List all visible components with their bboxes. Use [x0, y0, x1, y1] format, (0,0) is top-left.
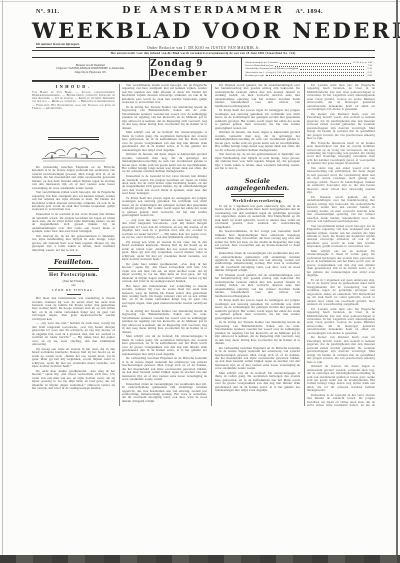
column-4: Uit Londen seint men ons: De Engelsche r… — [307, 84, 375, 406]
vignette-illustration — [39, 142, 109, 164]
inhoud-heading: INHOUD. — [32, 84, 115, 89]
feuilleton-text: Het moet den buitenstander wel zonderlin… — [32, 297, 115, 393]
paragraph: Omtrent de feesten, die dezer dagen te A… — [307, 365, 375, 393]
paragraph: De verhouding tusschen Engeland en de Br… — [215, 347, 300, 371]
article-text: Er zal in 't algemeen wel geen onderwerp… — [215, 205, 300, 401]
feuilleton-subtitle: (Naar het Fransch) — [32, 279, 115, 283]
paragraph: Het moet den buitenstander wel zonderlin… — [122, 285, 207, 309]
price-row: Reclames per regel„ 0.60 — [245, 74, 372, 77]
copyright-line: Het auteursrecht voor den inhoud van dit… — [32, 51, 375, 55]
paper-name-small: DE AMSTERDAMMER — [32, 5, 375, 16]
ornamental-rule — [231, 194, 284, 197]
scan-edge-left — [2, 0, 3, 563]
subscription-prices: Abonnementsprijs per 3 maandenf 1.50, fr… — [242, 58, 375, 80]
paragraph: De Keizer van Rusland heeft, naar uit Pe… — [307, 336, 375, 364]
publisher-cell: Bureaux van dit Weekblad: Uitgevers: VAN… — [32, 58, 150, 80]
issue-number: Nº. 911. — [36, 9, 59, 15]
feuilleton-title: Het Postscriptum. — [32, 273, 115, 278]
paragraph: Intusschen is de toestand in het verre O… — [122, 175, 207, 196]
paragraph: In de zitting der Tweede Kamer van Donde… — [215, 321, 300, 345]
paragraph: Intusschen is de toestand in het verre O… — [307, 394, 375, 406]
paragraph: Uit Weenen wordt gemeld, dat de onderhan… — [215, 84, 300, 108]
paragraph: Uit Londen seint men ons: De Engelsche r… — [307, 308, 375, 336]
issue-date: Zondag 9 December — [150, 58, 242, 80]
feuilleton-van: van — [32, 283, 115, 287]
paragraph: De oude heer knikte goedkeurend. „Zoo ma… — [122, 263, 207, 284]
supplement-note: Dit nummer bevat een bijvoegsel. — [36, 42, 80, 48]
paragraph: Er zal in 't algemeen wel geen onderwerp… — [215, 205, 300, 229]
section-dash — [67, 294, 81, 295]
paragraph: Men schrijft ons uit de hofstad: De wint… — [122, 131, 207, 152]
section-heading-script: Sociale aangelegenheden. — [215, 178, 300, 192]
paragraph: Men schrijft ons uit de hofstad: De wint… — [307, 250, 375, 278]
column-2: Van verschillende zijden wordt betoogd, … — [122, 84, 207, 406]
paragraph: Uit Weenen wordt gemeld, dat de onderhan… — [215, 274, 300, 298]
column-rule — [211, 84, 212, 406]
section-dash — [67, 255, 81, 256]
paragraph: Ten slotte nog een enkel woord over de t… — [307, 167, 375, 195]
article-text: De verhouding tusschen Engeland en de Br… — [32, 166, 115, 253]
column-rule — [119, 84, 120, 406]
feuilleton-label: Feuilleton. — [32, 258, 115, 266]
paragraph: — „Gij weet dus niet,” hernam de oude he… — [32, 322, 115, 346]
paragraph: Zij zweeg een wijle en staarde in het vu… — [122, 241, 207, 262]
column-1: INHOUD. Van Haren en Van Barel. — Social… — [32, 84, 115, 406]
publisher-line: Singel bij de Vijzelstraat 105. — [32, 71, 149, 74]
ornamental-rule — [48, 268, 99, 271]
article-text: Uit Weenen wordt gemeld, dat de onderhan… — [215, 84, 300, 177]
paragraph: De verhouding tusschen Engeland en de Br… — [32, 166, 115, 190]
paragraph: Uit Weenen wordt gemeld, dat de onderhan… — [307, 196, 375, 224]
paragraph: Te Parijs heeft het proces tegen de aanl… — [215, 299, 300, 320]
scan-edge-right — [396, 0, 398, 563]
paragraph: Uit Londen seint men ons: De Engelsche r… — [307, 84, 375, 112]
paragraph: In de zitting der Tweede Kamer van Donde… — [122, 106, 207, 130]
paragraph: Er zal in 't algemeen wel geen onderwerp… — [307, 279, 375, 307]
feuilleton-author: LÉON DE TINSEAU. — [32, 288, 115, 292]
paragraph: Omtrent de feesten, die dezer dagen te A… — [122, 153, 207, 174]
paragraph: Het moet den buitenstander wel zonderlin… — [32, 297, 115, 321]
paragraph: Omtrent de feesten, die dezer dagen te A… — [215, 131, 300, 152]
paragraph: Te Parijs heeft het proces tegen de aanl… — [215, 109, 300, 130]
info-box: Bureaux van dit Weekblad: Uitgevers: VAN… — [32, 57, 375, 81]
paragraph: Zij zweeg een wijle en staarde in het vu… — [32, 348, 115, 369]
table-of-contents: Van Haren en Van Barel. — Sociale aangel… — [32, 91, 115, 135]
column-rule — [304, 84, 305, 406]
year-label: Aº. 1894. — [296, 9, 323, 15]
paragraph: Intusschen zitten de vereenigingen van w… — [122, 383, 207, 404]
paragraph: De verhouding tusschen Engeland en de Br… — [122, 357, 207, 381]
paragraph: Men schrijft ons uit de hofstad: De wint… — [122, 335, 207, 356]
paragraph: Intusschen is de toestand in het verre O… — [32, 213, 115, 234]
paragraph: Van verschillende zijden wordt betoogd, … — [32, 191, 115, 212]
paragraph: Men schrijft ons uit de hofstad: De wint… — [215, 372, 300, 393]
scan-edge-top — [0, 1, 400, 2]
paragraph: Van verschillende zijden wordt betoogd, … — [307, 225, 375, 249]
column-3: Uit Weenen wordt gemeld, dat de onderhan… — [215, 84, 300, 406]
paragraph: De Staatscommissie, in het vorige jaar b… — [215, 230, 300, 251]
paper-title-main: WEEKBLAD VOOR NEDERLAND — [32, 18, 375, 43]
masthead: Nº. 911. Aº. 1894. DE AMSTERDAMMER WEEKB… — [32, 5, 375, 50]
newspaper-page-scan: Nº. 911. Aº. 1894. DE AMSTERDAMMER WEEKB… — [0, 0, 400, 563]
paragraph: Wat daarvan zij, de les der gebeurteniss… — [215, 153, 300, 170]
ornamental-rule — [48, 137, 99, 140]
paragraph: Intusschen zitten de vereenigingen van w… — [215, 252, 300, 273]
paragraph: In de zitting der Tweede Kamer van Donde… — [122, 310, 207, 334]
article-title: Werkliedenverzekering. — [215, 199, 300, 203]
paragraph: Van verschillende zijden wordt betoogd, … — [122, 84, 207, 105]
scan-edge-bottom — [0, 555, 400, 563]
paragraph: Te Parijs heeft het proces tegen de aanl… — [122, 197, 207, 218]
paragraph: — „Gij weet dus niet,” hernam de oude he… — [122, 219, 207, 240]
paragraph: De Keizer van Rusland heeft, naar uit Pe… — [307, 113, 375, 141]
paragraph: Wat daarvan zij, de les der gebeurteniss… — [32, 235, 115, 252]
rule-below-infobox — [32, 81, 375, 82]
paragraph: Het Fransche ministerie heeft in de Kame… — [307, 142, 375, 166]
paragraph: De oude heer knikte goedkeurend. „Zoo ma… — [32, 370, 115, 391]
